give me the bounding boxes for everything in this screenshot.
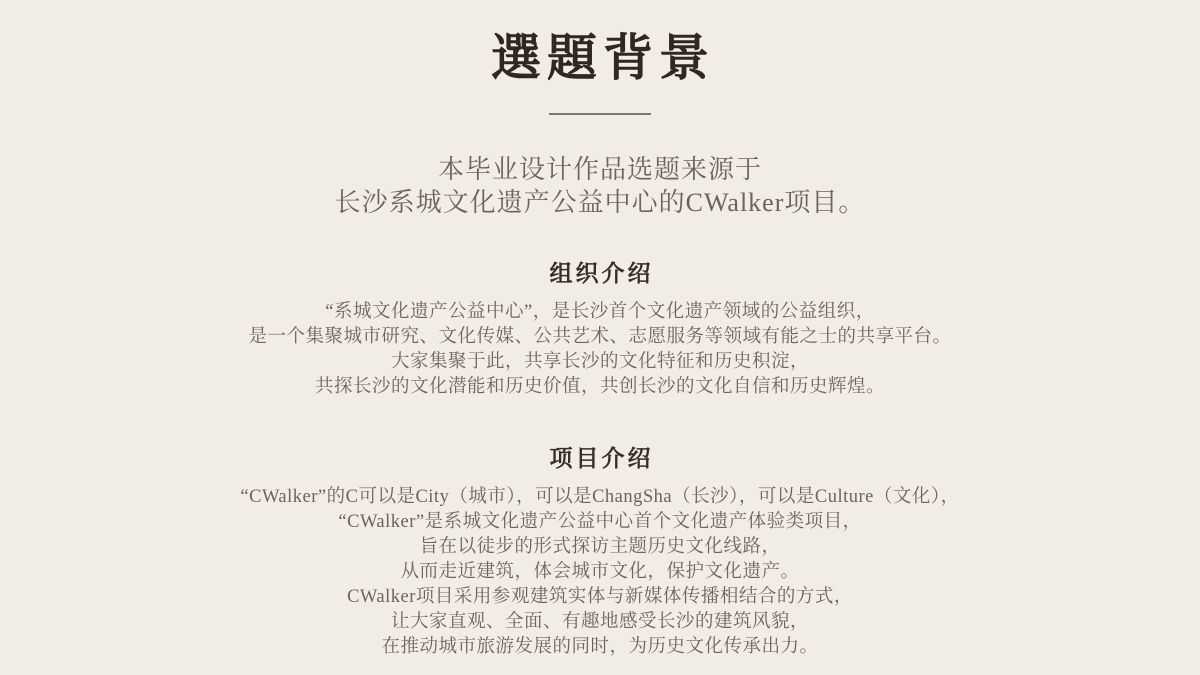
- organization-line-4: 共探长沙的文化潜能和历史价值，共创长沙的文化自信和历史辉煌。: [0, 375, 1200, 400]
- organization-line-2: 是一个集聚城市研究、文化传媒、公共艺术、志愿服务等领域有能之士的共享平台。: [0, 325, 1200, 350]
- project-paragraph: “CWalker”的C可以是City（城市），可以是ChangSha（长沙），可…: [0, 485, 1200, 660]
- project-line-5: CWalker项目采用参观建筑实体与新媒体传播相结合的方式，: [0, 585, 1200, 610]
- section-project: 项目介绍 “CWalker”的C可以是City（城市），可以是ChangSha（…: [0, 440, 1200, 660]
- intro-line-1: 本毕业设计作品选题来源于: [0, 153, 1200, 186]
- page-title: 選題背景: [0, 0, 1200, 88]
- intro-text: 本毕业设计作品选题来源于 长沙系城文化遗产公益中心的CWalker项目。: [0, 153, 1200, 219]
- project-line-6: 让大家直观、全面、有趣地感受长沙的建筑风貌，: [0, 610, 1200, 635]
- project-line-4: 从而走近建筑，体会城市文化，保护文化遗产。: [0, 560, 1200, 585]
- organization-line-3: 大家集聚于此，共享长沙的文化特征和历史积淀，: [0, 350, 1200, 375]
- title-divider: [549, 113, 651, 115]
- slide-topic-background: 選題背景 本毕业设计作品选题来源于 长沙系城文化遗产公益中心的CWalker项目…: [0, 0, 1200, 675]
- project-line-1: “CWalker”的C可以是City（城市），可以是ChangSha（长沙），可…: [0, 485, 1200, 510]
- project-line-2: “CWalker”是系城文化遗产公益中心首个文化遗产体验类项目，: [0, 510, 1200, 535]
- intro-line-2: 长沙系城文化遗产公益中心的CWalker项目。: [0, 186, 1200, 219]
- organization-heading: 组织介绍: [0, 255, 1200, 288]
- project-heading: 项目介绍: [0, 440, 1200, 473]
- section-organization: 组织介绍 “系城文化遗产公益中心”，是长沙首个文化遗产领域的公益组织， 是一个集…: [0, 255, 1200, 400]
- project-line-3: 旨在以徒步的形式探访主题历史文化线路，: [0, 535, 1200, 560]
- organization-paragraph: “系城文化遗产公益中心”，是长沙首个文化遗产领域的公益组织， 是一个集聚城市研究…: [0, 300, 1200, 400]
- organization-line-1: “系城文化遗产公益中心”，是长沙首个文化遗产领域的公益组织，: [0, 300, 1200, 325]
- project-line-7: 在推动城市旅游发展的同时，为历史文化传承出力。: [0, 635, 1200, 660]
